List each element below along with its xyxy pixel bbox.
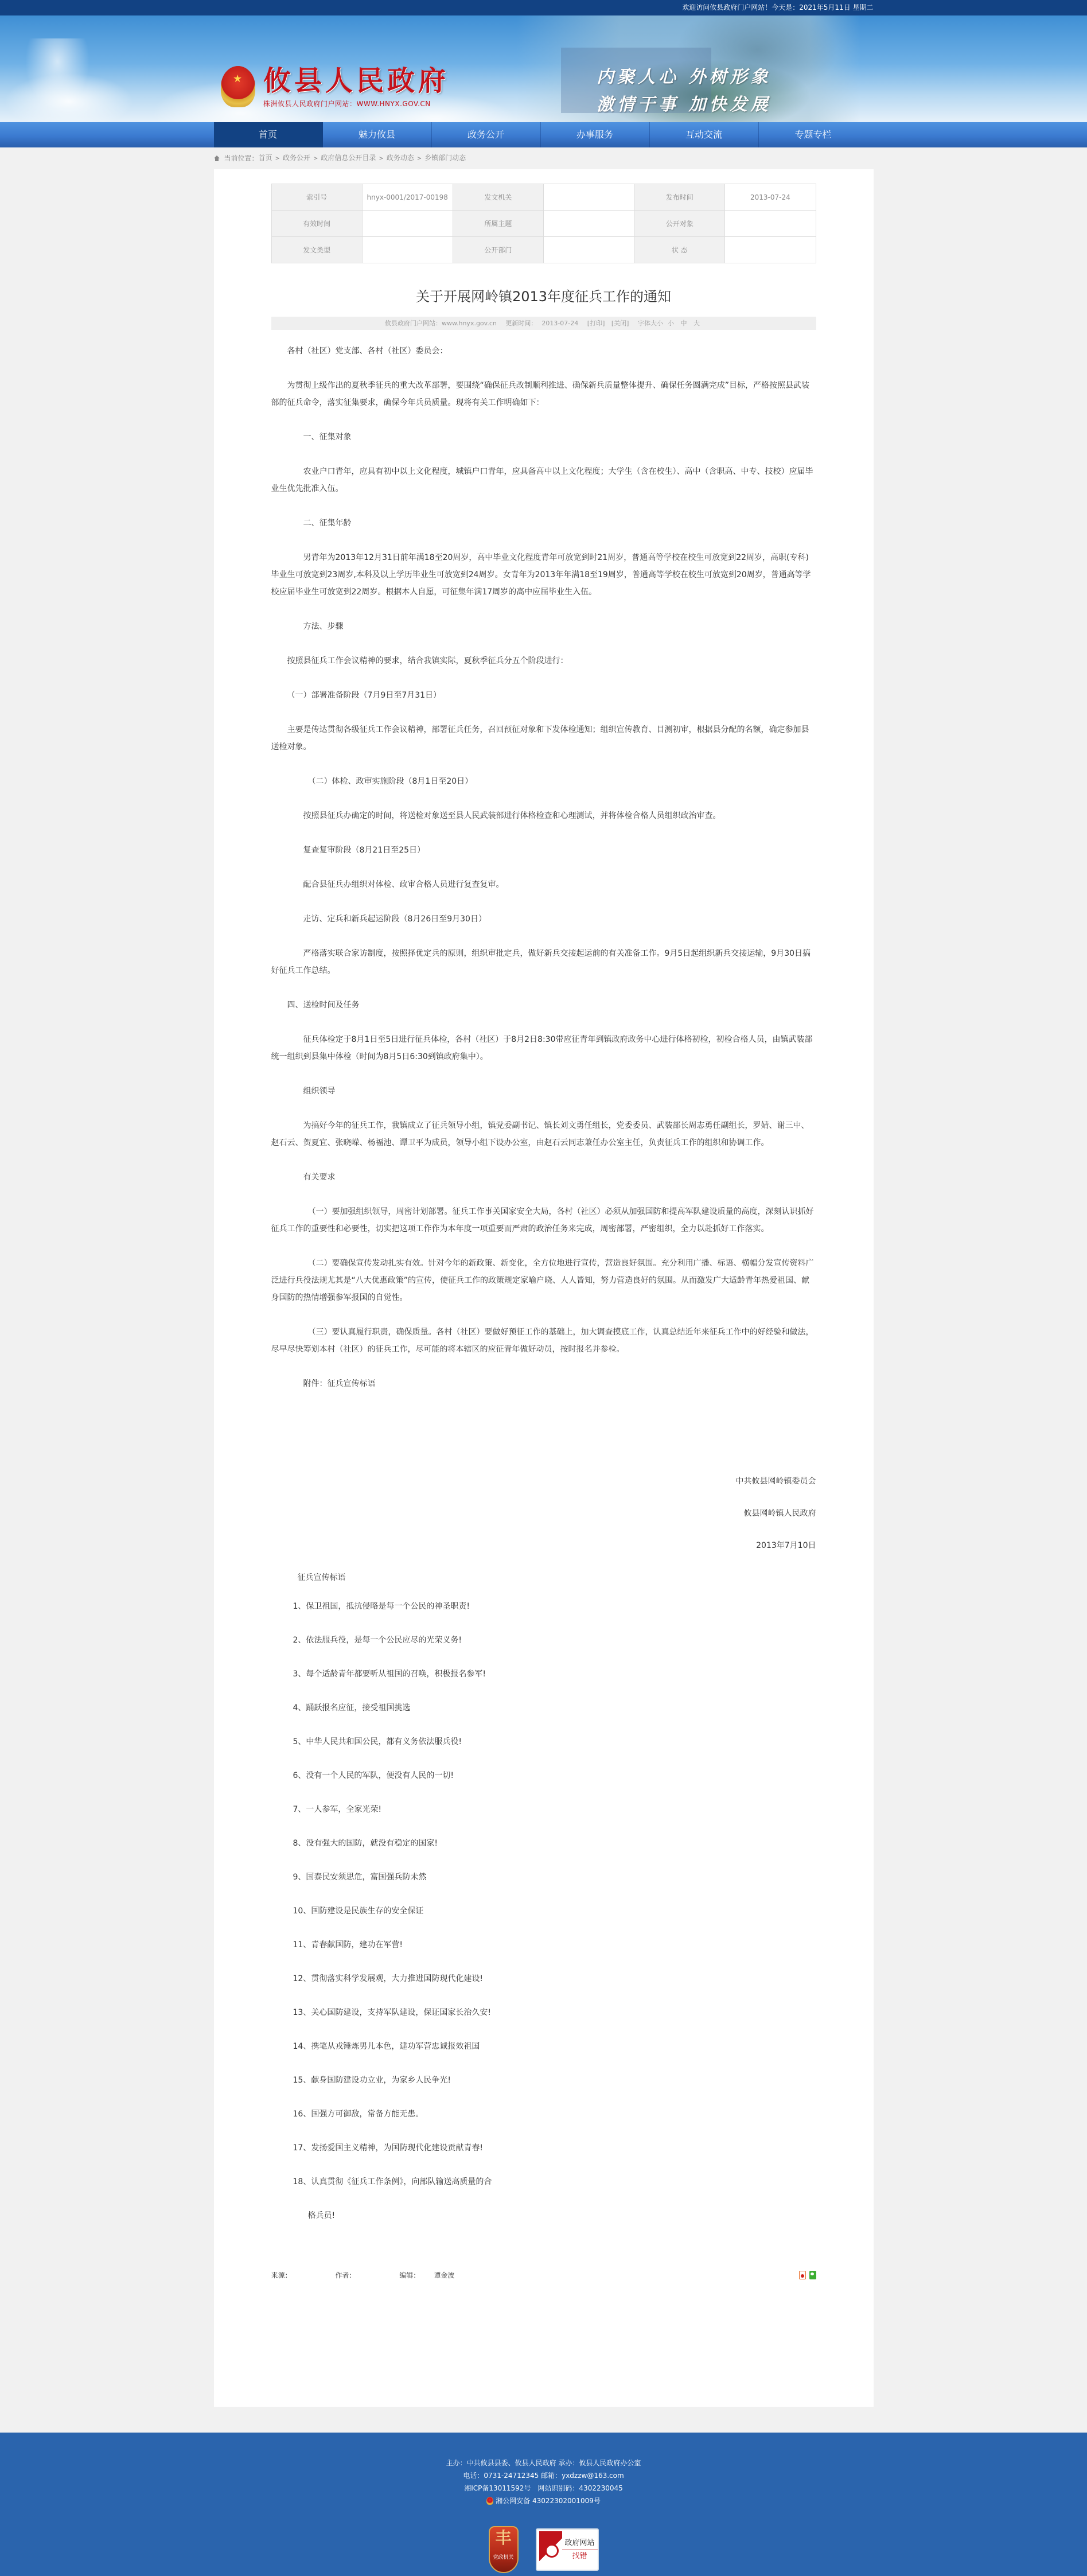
editor-value: 谭金波 [434, 2271, 454, 2279]
slogans-title: 征兵宣传标语 [271, 1569, 816, 1586]
header-banner: 内聚人心 外树形象 激情干事 加快发展 ★ 攸县人民政府 株洲攸县人民政府门户网… [0, 15, 1087, 122]
gov-badge-line2: 找错 [562, 2550, 598, 2563]
nav-item-3[interactable]: 办事服务 [541, 122, 650, 147]
breadcrumb-prefix: 当前位置： [224, 147, 259, 169]
slogan-item: 15、献身国防建设功立业，为家乡人民争光! [271, 2072, 816, 2089]
font-size-label: 字体大小 [638, 320, 663, 327]
article-paragraph: 为搞好今年的征兵工作，我镇成立了征兵领导小组，镇党委副书记、镇长刘文勇任组长，党… [271, 1117, 816, 1151]
signature-line: 2013年7月10日 [271, 1537, 816, 1554]
slogan-item: 10、国防建设是民族生存的安全保证 [271, 1902, 816, 1920]
meta-row: 发文类型公开部门状 态 [271, 237, 816, 263]
article-paragraph: 配合县征兵办组织对体检、政审合格人员进行复查复审。 [271, 876, 816, 893]
slogan-continuation: 格兵员! [271, 2207, 816, 2224]
breadcrumb-separator: > [275, 155, 280, 162]
weibo-icon[interactable] [799, 2271, 806, 2279]
breadcrumb-link[interactable]: 政务动态 [387, 154, 414, 162]
site-logo[interactable]: ★ 攸县人民政府 株洲攸县人民政府门户网站：WWW.HNYX.GOV.CN [221, 64, 449, 108]
article-paragraph: 征兵体检定于8月1日至5日进行征兵体检，各村（社区）于8月2日8:30带应征青年… [271, 1031, 816, 1065]
article-footer: 来源： 作者： 编辑：谭金波 [271, 2270, 816, 2280]
breadcrumb-link[interactable]: 首页 [259, 154, 272, 162]
footer-contact: 电话：0731-24712345 邮箱：yxdzzw@163.com [0, 2469, 1087, 2482]
slogan-item: 14、携笔从戎锤炼男儿本色，建功军营忠诚报效祖国 [271, 2038, 816, 2055]
breadcrumb-link[interactable]: 乡镇部门动态 [424, 154, 466, 162]
slogan-item: 9、国泰民安须思危，富国强兵防未然 [271, 1869, 816, 1886]
article-paragraph: 农业户口青年，应具有初中以上文化程度，城镇户口青年，应具备高中以上文化程度；大学… [271, 463, 816, 497]
slogan-item: 1、保卫祖国，抵抗侵略是每一个公民的神圣职责! [271, 1598, 816, 1615]
breadcrumb-separator: > [313, 155, 318, 162]
slogan-item: 3、每个适龄青年都要听从祖国的召唤，积极报名参军! [271, 1666, 816, 1683]
article-paragraph: 有关要求 [271, 1169, 816, 1186]
info-updated-label: 更新时间： [505, 320, 537, 327]
meta-value [543, 211, 634, 237]
article-paragraph: （一）部署准备阶段（7月9日至7月31日） [271, 687, 816, 704]
article-paragraph: 为贯彻上级作出的夏秋季征兵的重大改革部署，要围绕“确保征兵改制顺利推进、确保新兵… [271, 377, 816, 411]
meta-value [543, 184, 634, 211]
slogan-item: 16、国强方可御敌，常备方能无患。 [271, 2106, 816, 2123]
editor-label: 编辑： [399, 2271, 420, 2279]
breadcrumb-link[interactable]: 政务公开 [283, 154, 310, 162]
police-badge-icon [486, 2497, 493, 2505]
breadcrumb-separator: > [379, 155, 383, 162]
slogan-item: 12、贯彻落实科学发展观，大力推进国防现代化建设! [271, 1970, 816, 1987]
slogan-item: 8、没有强大的国防，就没有稳定的国家! [271, 1835, 816, 1852]
main-nav: 首页魅力攸县政务公开办事服务互动交流专题专栏 [0, 122, 1087, 147]
meta-value: 2013-07-24 [725, 184, 816, 211]
document-meta-table: 索引号hnyx-0001/2017-00198发文机关发布时间2013-07-2… [271, 184, 816, 263]
article-paragraph: 二、征集年龄 [271, 515, 816, 532]
slogan-item: 18、认真贯彻《征兵工作条例》，向部队输送高质量的合 [271, 2173, 816, 2190]
site-subtitle: 株洲攸县人民政府门户网站：WWW.HNYX.GOV.CN [263, 99, 449, 108]
wechat-icon[interactable] [809, 2271, 816, 2279]
meta-label: 公开部门 [453, 237, 543, 263]
article-title: 关于开展网岭镇2013年度征兵工作的通知 [271, 285, 816, 305]
breadcrumb: 当前位置： 首页>政务公开>政府信息公开目录>政务动态>乡镇部门动态 [214, 147, 874, 169]
meta-label: 索引号 [271, 184, 362, 211]
meta-value [725, 211, 816, 237]
slogan-item: 17、发扬爱国主义精神，为国防现代化建设贡献青春! [271, 2139, 816, 2157]
share-buttons [799, 2271, 816, 2279]
slogan-item: 4、踊跃报名应征，接受祖国挑选 [271, 1699, 816, 1717]
home-icon [214, 155, 220, 161]
slogan-item: 7、一人参军，全家光荣! [271, 1801, 816, 1818]
source-label: 来源： [271, 2271, 292, 2279]
article-paragraph: 走访、定兵和新兵起运阶段（8月26日至9月30日） [271, 910, 816, 928]
print-link[interactable]: [打印] [587, 320, 605, 327]
signature-line: 中共攸县网岭镇委员会 [271, 1473, 816, 1490]
slogan-line-2: 激情干事 加快发展 [597, 90, 771, 115]
nav-item-0[interactable]: 首页 [214, 122, 323, 147]
meta-row: 索引号hnyx-0001/2017-00198发文机关发布时间2013-07-2… [271, 184, 816, 211]
police-record-text: 湘公网安备 43022302001009号 [496, 2495, 601, 2507]
article-body: 各村（社区）党支部、各村（社区）委员会：为贯彻上级作出的夏秋季征兵的重大改革部署… [271, 343, 816, 2224]
site-footer: 主办：中共攸县县委、攸县人民政府 承办：攸县人民政府办公室 电话：0731-24… [0, 2433, 1087, 2576]
party-government-badge[interactable]: 丰 党政机关 [489, 2526, 519, 2573]
nav-item-2[interactable]: 政务公开 [432, 122, 541, 147]
font-medium-link[interactable]: 中 [680, 320, 687, 327]
footer-police-record[interactable]: 湘公网安备 43022302001009号 [486, 2495, 601, 2507]
breadcrumb-link[interactable]: 政府信息公开目录 [321, 154, 376, 162]
author-label: 作者： [335, 2271, 356, 2279]
slogan-item: 11、青春献国防，建功在军营! [271, 1936, 816, 1954]
article-paragraph: 复查复审阶段（8月21日至25日） [271, 842, 816, 859]
article-paragraph: （三）要认真履行职责，确保质量。各村（社区）要做好预征工作的基础上，加大调查摸底… [271, 1324, 816, 1358]
article-paragraph: 按照县征兵办确定的时间，将送检对象送至县人民武装部进行体格检查和心理测试，并将体… [271, 807, 816, 824]
meta-value [725, 237, 816, 263]
article-paragraph: （二）体检、政审实施阶段（8月1日至20日） [271, 773, 816, 790]
meta-label: 状 态 [634, 237, 725, 263]
party-badge-label: 党政机关 [490, 2551, 517, 2564]
meta-label: 所属主题 [453, 211, 543, 237]
party-emblem-icon: 丰 [490, 2532, 517, 2544]
top-bar: 欢迎访问攸县政府门户网站！今天是：2021年5月11日 星期二 [0, 0, 1087, 15]
article-info-bar: 攸县政府门户网站：www.hnyx.gov.cn 更新时间：2013-07-24… [271, 317, 816, 330]
article-paragraph: （二）要确保宣传发动扎实有效。针对今年的新政策、新变化，全方位地进行宣传，营造良… [271, 1255, 816, 1306]
article-container: 索引号hnyx-0001/2017-00198发文机关发布时间2013-07-2… [214, 169, 874, 2407]
gov-site-error-report-badge[interactable]: 政府网站 找错 [536, 2528, 599, 2571]
info-site: 攸县政府门户网站：www.hnyx.gov.cn [385, 320, 497, 327]
footer-icp[interactable]: 湘ICP备13011592号 网站识别码：4302230045 [0, 2482, 1087, 2495]
nav-item-5[interactable]: 专题专栏 [759, 122, 868, 147]
slogan-item: 2、依法服兵役，是每一个公民应尽的光荣义务! [271, 1632, 816, 1649]
meta-label: 公开对象 [634, 211, 725, 237]
slogan-item: 13、关心国防建设，支持军队建设，保证国家长治久安! [271, 2004, 816, 2021]
slogan-item: 5、中华人民共和国公民，都有义务依法服兵役! [271, 1733, 816, 1750]
slogan-line-1: 内聚人心 外树形象 [597, 63, 771, 88]
article-paragraph: 附件：征兵宣传标语 [271, 1375, 816, 1392]
article-paragraph: 一、征集对象 [271, 429, 816, 446]
article-paragraph: 主要是传达贯彻各级征兵工作会议精神，部署征兵任务，召回预征对象和下发体检通知；组… [271, 721, 816, 756]
article-paragraph: 男青年为2013年12月31日前年满18至20周岁，高中毕业文化程度青年可放宽到… [271, 549, 816, 601]
meta-value [362, 211, 453, 237]
article-paragraph: （一）要加强组织领导，周密计划部署。征兵工作事关国家安全大局，各村（社区）必须从… [271, 1203, 816, 1238]
magnifier-icon [539, 2531, 562, 2568]
meta-row: 有效时间所属主题公开对象 [271, 211, 816, 237]
national-emblem-icon: ★ [221, 66, 255, 107]
gov-badge-line1: 政府网站 [562, 2537, 598, 2550]
meta-label: 有效时间 [271, 211, 362, 237]
site-title: 攸县人民政府 [263, 64, 449, 98]
article-paragraph: 四、送检时间及任务 [271, 997, 816, 1014]
meta-label: 发文类型 [271, 237, 362, 263]
meta-label: 发布时间 [634, 184, 725, 211]
meta-value [362, 237, 453, 263]
slogan-item: 6、没有一个人民的军队，便没有人民的一切! [271, 1767, 816, 1784]
signature-line: 攸县网岭镇人民政府 [271, 1505, 816, 1522]
breadcrumb-separator: > [417, 155, 422, 162]
article-paragraph: 方法、步骤 [271, 618, 816, 635]
font-large-link[interactable]: 大 [694, 320, 700, 327]
meta-value [543, 237, 634, 263]
welcome-text: 欢迎访问攸县政府门户网站！今天是：2021年5月11日 星期二 [682, 3, 873, 11]
article-paragraph: 各村（社区）党支部、各村（社区）委员会： [271, 343, 816, 360]
meta-label: 发文机关 [453, 184, 543, 211]
close-link[interactable]: [关闭] [611, 320, 629, 327]
article-paragraph: 严格落实联合家访制度，按照择优定兵的原则，组织审批定兵，做好新兵交接起运前的有关… [271, 945, 816, 979]
nav-item-4[interactable]: 互动交流 [650, 122, 759, 147]
article-paragraph: 按照县征兵工作会议精神的要求，结合我镇实际，夏秋季征兵分五个阶段进行： [271, 652, 816, 670]
nav-item-1[interactable]: 魅力攸县 [323, 122, 432, 147]
font-small-link[interactable]: 小 [668, 320, 674, 327]
article-paragraph: 组织领导 [271, 1083, 816, 1100]
footer-sponsor: 主办：中共攸县县委、攸县人民政府 承办：攸县人民政府办公室 [0, 2457, 1087, 2469]
info-updated: 2013-07-24 [541, 320, 578, 327]
meta-value: hnyx-0001/2017-00198 [362, 184, 453, 211]
